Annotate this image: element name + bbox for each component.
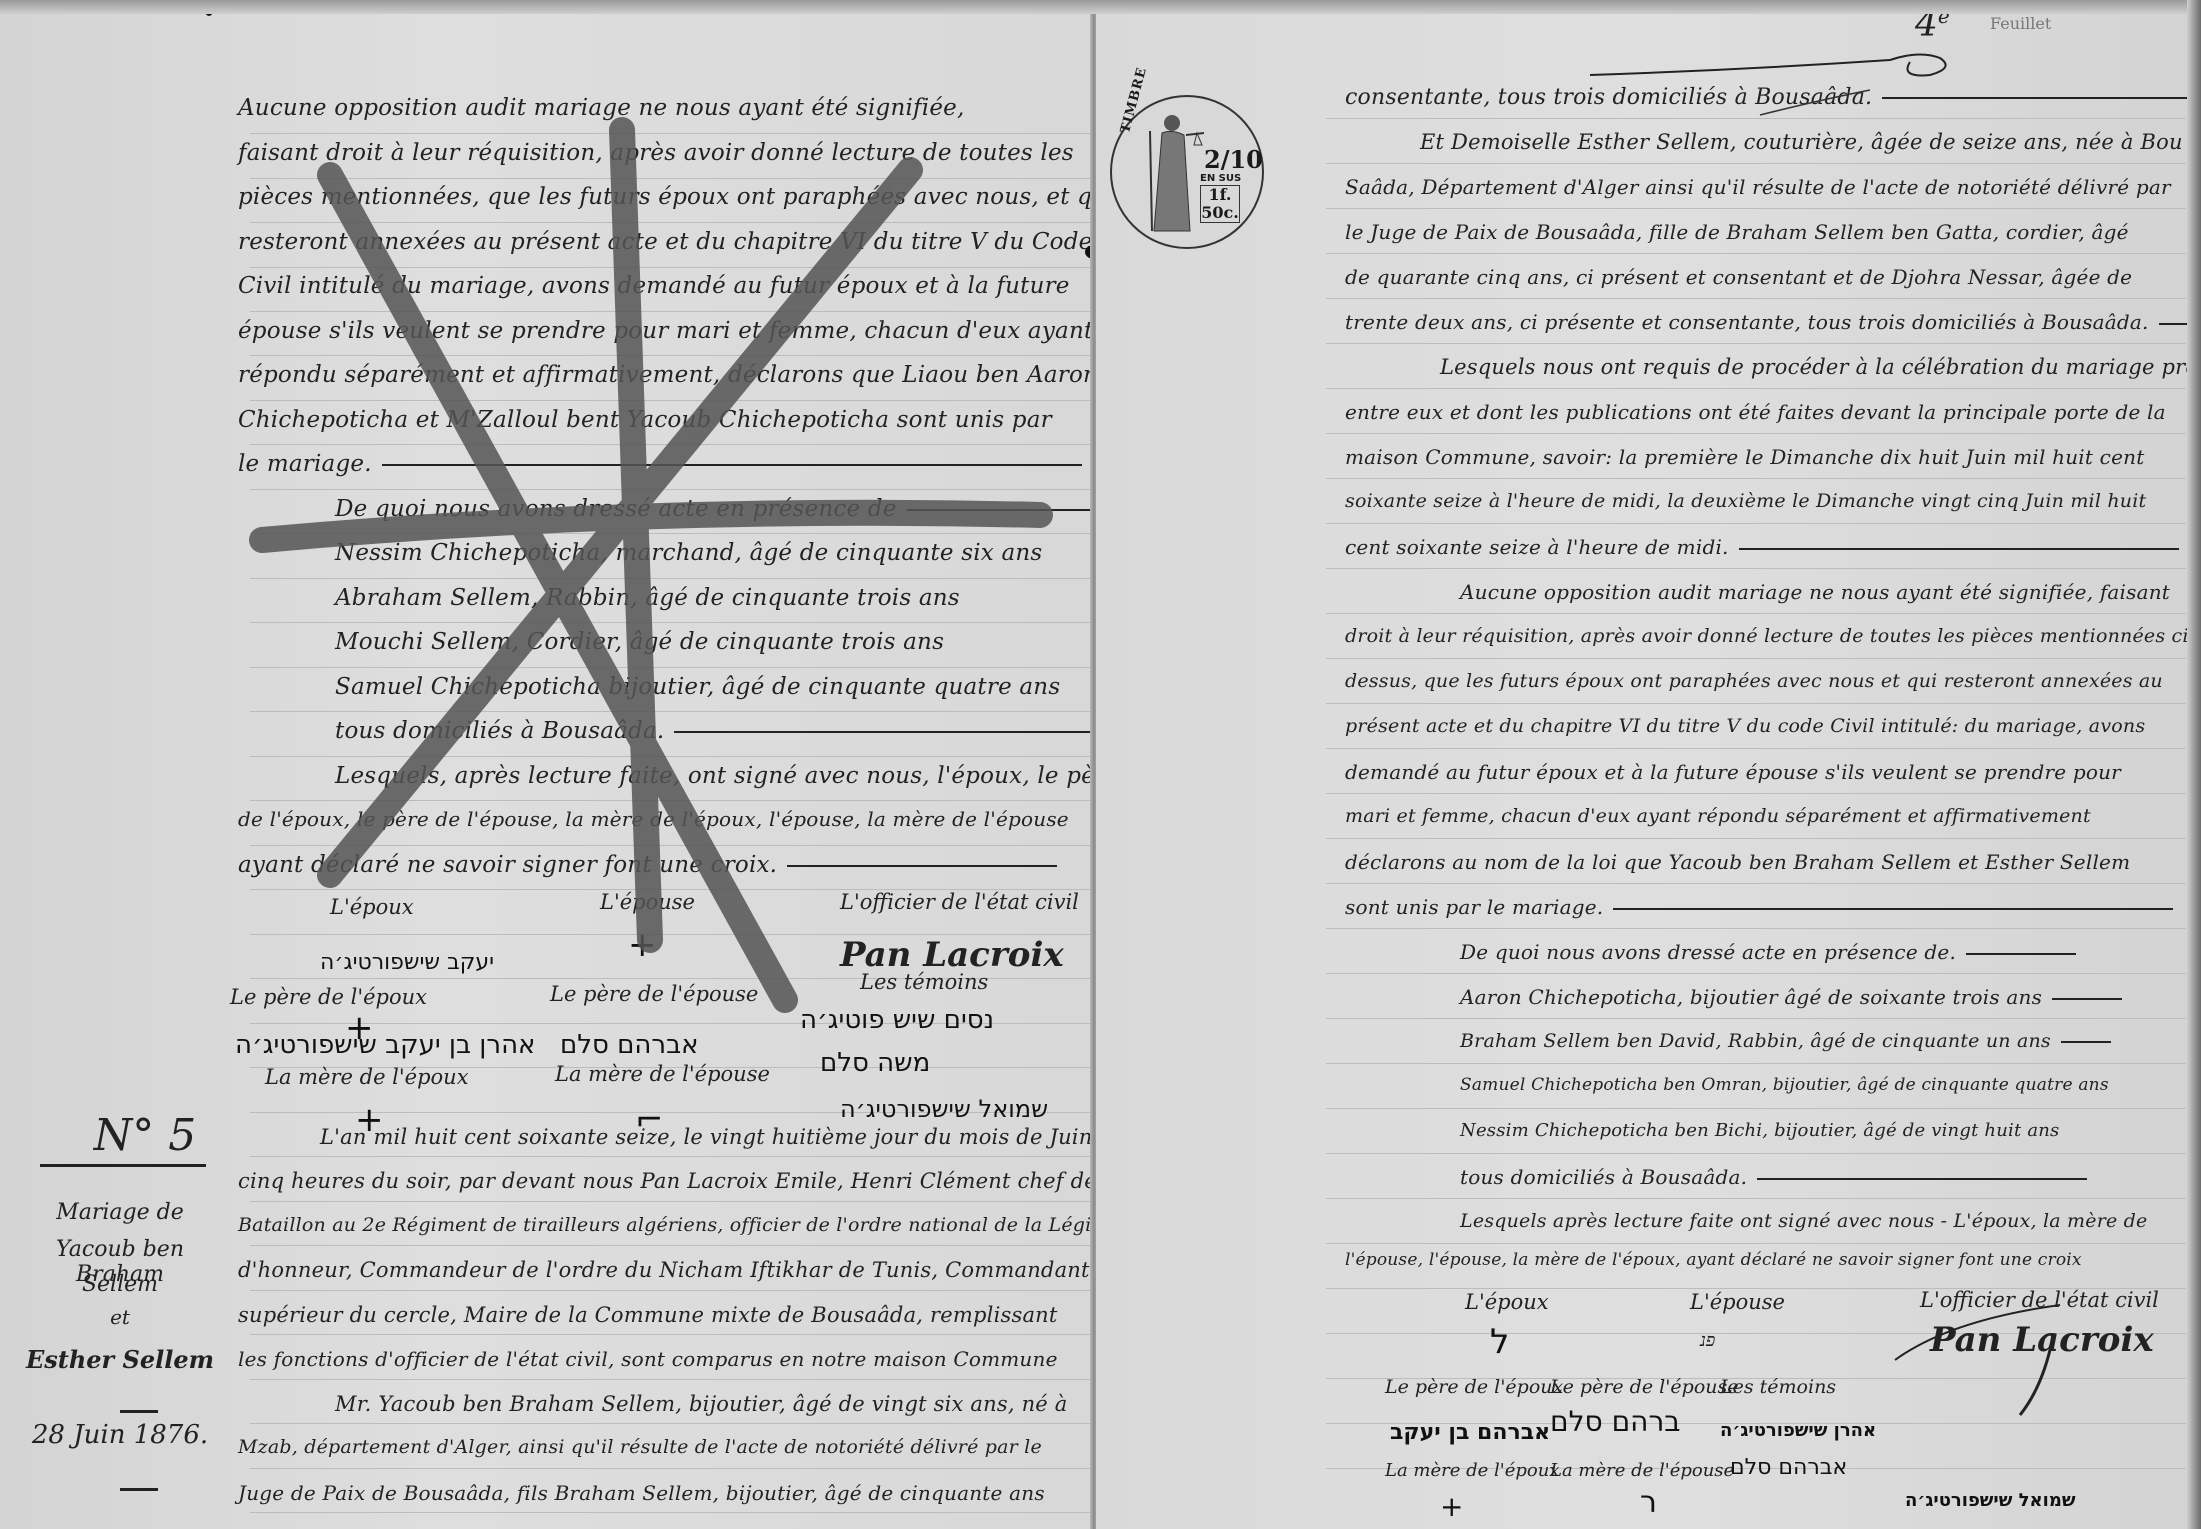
hebrew-witness-signature: אהרן שישפורטיג׳ה bbox=[1720, 1420, 1876, 1441]
page-right-edge bbox=[2187, 0, 2201, 1529]
stamp-price: 1f. 50c. bbox=[1200, 185, 1240, 223]
text-line: de quarante cinq ans, ci présent et cons… bbox=[1345, 265, 2132, 289]
divider bbox=[40, 1164, 206, 1167]
witness-line: Mouchi Sellem, Cordier, âgé de cinquante… bbox=[335, 629, 944, 655]
text-line: les fonctions d'officier de l'état civil… bbox=[238, 1347, 1058, 1371]
witness-intro: De quoi nous avons dressé acte en présen… bbox=[335, 496, 1127, 522]
fill-line bbox=[2061, 1041, 2111, 1043]
text-fragment: De quoi nous avons dressé acte en présen… bbox=[335, 496, 897, 522]
divider bbox=[120, 1488, 158, 1491]
text-line: l'épouse, l'épouse, la mère de l'époux, … bbox=[1345, 1250, 2082, 1270]
label-groom: L'époux bbox=[330, 895, 414, 919]
officer-signature: Pan Lacroix bbox=[840, 935, 1064, 975]
label-groom-father: Le père de l'époux bbox=[230, 985, 427, 1009]
text-fragment: ayant déclaré ne savoir signer font une … bbox=[238, 852, 777, 878]
hebrew-witness-signature: משה סלם bbox=[820, 1048, 930, 1078]
stamp-subvalue: EN SUS bbox=[1200, 173, 1241, 184]
label-witnesses: Les témoins bbox=[1720, 1376, 1836, 1398]
label-bride: L'épouse bbox=[1690, 1290, 1785, 1314]
text-fragment: tous domiciliés à Bousaâda. bbox=[1460, 1165, 1747, 1189]
left-page: Aucune opposition audit mariage ne nous … bbox=[0, 0, 1092, 1529]
text-line: soixante seize à l'heure de midi, la deu… bbox=[1345, 490, 2146, 512]
text-line: Aucune opposition audit mariage ne nous … bbox=[1460, 580, 2170, 604]
text-line: Lesquels nous ont requis de procéder à l… bbox=[1440, 355, 2201, 379]
hebrew-signature: אברהם סלם bbox=[560, 1030, 699, 1060]
text-fragment: De quoi nous avons dressé acte en présen… bbox=[1460, 940, 1956, 964]
witness-line: tous domiciliés à Bousaâda. bbox=[1460, 1165, 2087, 1189]
stamp-price-line: 1f. bbox=[1201, 186, 1239, 204]
label-groom-mother: La mère de l'époux bbox=[1385, 1460, 1559, 1481]
text-line: Lesquels, après lecture faite, ont signé… bbox=[335, 763, 1120, 789]
fill-line bbox=[1966, 953, 2076, 955]
cross-mark: ר bbox=[1640, 1485, 1657, 1520]
text-line: entre eux et dont les publications ont é… bbox=[1345, 400, 2166, 424]
label-groom: L'époux bbox=[1465, 1290, 1549, 1314]
witness-line: Nessim Chichepoticha, marchand, âgé de c… bbox=[335, 540, 1042, 566]
label-bride: L'épouse bbox=[600, 890, 695, 914]
text-line: maison Commune, savoir: la première le D… bbox=[1345, 445, 2144, 469]
text-line: Saâda, Département d'Alger ainsi qu'il r… bbox=[1345, 175, 2171, 199]
text-line: mari et femme, chacun d'eux ayant répond… bbox=[1345, 805, 2091, 827]
text-line: cent soixante seize à l'heure de midi. bbox=[1345, 535, 2179, 559]
witness-line: Aaron Chichepoticha, bijoutier âgé de so… bbox=[1460, 985, 2122, 1009]
text-line: le Juge de Paix de Bousaâda, fille de Br… bbox=[1345, 220, 2129, 244]
witness-line: Nessim Chichepoticha ben Bichi, bijoutie… bbox=[1460, 1120, 2059, 1141]
label-groom-father: Le père de l'époux bbox=[1385, 1376, 1563, 1398]
text-fragment: le mariage. bbox=[238, 451, 372, 477]
text-line: demandé au futur époux et à la future ép… bbox=[1345, 760, 2121, 784]
text-line: faisant droit à leur réquisition, après … bbox=[238, 140, 1074, 166]
margin-title: Sellem bbox=[10, 1272, 230, 1297]
text-fragment: sont unis par le mariage. bbox=[1345, 895, 1603, 919]
margin-title: Esther Sellem bbox=[10, 1345, 230, 1374]
label-bride-mother: La mère de l'épouse bbox=[1550, 1460, 1734, 1481]
witness-intro: De quoi nous avons dressé acte en présen… bbox=[1460, 940, 2076, 964]
margin-title: et bbox=[10, 1305, 230, 1329]
text-line: Mzab, département d'Alger, ainsi qu'il r… bbox=[238, 1436, 1042, 1458]
witness-line: Abraham Sellem, Rabbin, âgé de cinquante… bbox=[335, 585, 960, 611]
tax-stamp: TIMBRE 2/10 EN SUS 1f. 50c. bbox=[1110, 95, 1264, 249]
text-line: déclarons au nom de la loi que Yacoub be… bbox=[1345, 850, 2130, 874]
folio-label: Feuillet bbox=[1990, 14, 2051, 33]
cross-mark: + bbox=[1440, 1490, 1463, 1523]
divider bbox=[120, 1410, 158, 1413]
fill-line bbox=[674, 731, 1104, 733]
hebrew-signature: אברהם בן יעקב bbox=[1390, 1420, 1550, 1445]
paraph-flourish bbox=[1440, 40, 2060, 130]
witness-line: Braham Sellem ben David, Rabbin, âgé de … bbox=[1460, 1030, 2111, 1052]
text-line: Mr. Yacoub ben Braham Sellem, bijoutier,… bbox=[335, 1392, 1068, 1416]
text-line: resteront annexées au présent acte et du… bbox=[238, 229, 1092, 255]
fill-line bbox=[2052, 998, 2122, 1000]
fill-line bbox=[1739, 548, 2179, 550]
label-witnesses: Les témoins bbox=[860, 970, 988, 994]
text-line: pièces mentionnées, que les futurs époux… bbox=[238, 184, 1115, 210]
witness-line: Samuel Chichepoticha bijoutier, âgé de c… bbox=[335, 674, 1060, 700]
bride-mark: פנ bbox=[1700, 1330, 1715, 1351]
text-fragment: cent soixante seize à l'heure de midi. bbox=[1345, 535, 1729, 559]
fill-line bbox=[1757, 1178, 2087, 1180]
label-officer: L'officier de l'état civil bbox=[840, 890, 1079, 914]
margin-date: 28 Juin 1876. bbox=[10, 1420, 230, 1450]
label-bride-father: Le père de l'épouse bbox=[1550, 1376, 1739, 1398]
text-line: Et Demoiselle Esther Sellem, couturière,… bbox=[1420, 130, 2183, 154]
text-fragment: tous domiciliés à Bousaâda. bbox=[335, 718, 664, 744]
groom-mark: ל bbox=[1490, 1322, 1509, 1362]
margin-title: Mariage de bbox=[10, 1200, 230, 1225]
stamp-value: 2/10 bbox=[1204, 145, 1263, 174]
stamp-price-line: 50c. bbox=[1201, 204, 1239, 222]
text-line: supérieur du cercle, Maire de la Commune… bbox=[238, 1303, 1058, 1327]
fill-line bbox=[2159, 323, 2189, 325]
hebrew-signature: ברהם סלם bbox=[1550, 1405, 1680, 1438]
witness-line: tous domiciliés à Bousaâda. bbox=[335, 718, 1104, 744]
label-groom-mother: La mère de l'époux bbox=[265, 1065, 469, 1089]
text-line: trente deux ans, ci présente et consenta… bbox=[1345, 310, 2189, 334]
text-line: épouse s'ils veulent se prendre pour mar… bbox=[238, 318, 1093, 344]
hebrew-signature: יעקב שישפורטיג׳ה bbox=[320, 950, 494, 975]
text-line: de l'époux, le père de l'épouse, la mère… bbox=[238, 807, 1069, 831]
label-bride-mother: La mère de l'épouse bbox=[555, 1062, 770, 1086]
text-line: ayant déclaré ne savoir signer font une … bbox=[238, 852, 1057, 878]
text-line: sont unis par le mariage. bbox=[1345, 895, 2173, 919]
text-line: Bataillon au 2e Régiment de tirailleurs … bbox=[238, 1214, 1116, 1236]
text-line: Lesquels après lecture faite ont signé a… bbox=[1460, 1210, 2148, 1232]
text-fragment: Braham Sellem ben David, Rabbin, âgé de … bbox=[1460, 1030, 2051, 1052]
text-line: répondu séparément et affirmativement, d… bbox=[238, 362, 1098, 388]
text-line: Aucune opposition audit mariage ne nous … bbox=[238, 95, 964, 121]
fill-line bbox=[382, 464, 1082, 466]
text-line: Civil intitulé du mariage, avons demandé… bbox=[238, 273, 1070, 299]
register-spread: Aucune opposition audit mariage ne nous … bbox=[0, 0, 2201, 1529]
hebrew-signature: אהרן בן יעקב שישפורטיג׳ה bbox=[235, 1030, 535, 1060]
signature-flourish bbox=[1890, 1300, 2110, 1420]
text-line: Chichepoticha et M'Zalloul bent Yacoub C… bbox=[238, 407, 1052, 433]
hebrew-witness-signature: שמואל שישפורטיג׳ה bbox=[840, 1095, 1048, 1123]
text-line: d'honneur, Commandeur de l'ordre du Nich… bbox=[238, 1258, 1090, 1282]
witness-line: Samuel Chichepoticha ben Omran, bijoutie… bbox=[1460, 1075, 2109, 1095]
label-bride-father: Le père de l'épouse bbox=[550, 982, 758, 1006]
hebrew-witness-signature: אברהם סלם bbox=[1730, 1455, 1847, 1480]
text-line: L'an mil huit cent soixante seize, le vi… bbox=[320, 1125, 1112, 1149]
fill-line bbox=[787, 865, 1057, 867]
text-line: droit à leur réquisition, après avoir do… bbox=[1345, 625, 2189, 647]
text-line: le mariage. bbox=[238, 451, 1082, 477]
text-line: dessus, que les futurs époux ont paraphé… bbox=[1345, 670, 2163, 692]
act-number: N° 5 bbox=[70, 1110, 220, 1161]
cross-mark: + bbox=[345, 1008, 374, 1048]
fill-line bbox=[1613, 908, 2173, 910]
text-line: Juge de Paix de Bousaâda, fils Braham Se… bbox=[238, 1481, 1045, 1505]
page-top-edge bbox=[0, 0, 2201, 14]
cross-mark: + bbox=[628, 925, 657, 965]
text-fragment: Aaron Chichepoticha, bijoutier âgé de so… bbox=[1460, 985, 2042, 1009]
hebrew-witness-signature: נסים שיש פוטיג׳ה bbox=[800, 1005, 994, 1035]
text-fragment: trente deux ans, ci présente et consenta… bbox=[1345, 310, 2149, 334]
text-line: présent acte et du chapitre VI du titre … bbox=[1345, 715, 2145, 737]
text-line: cinq heures du soir, par devant nous Pan… bbox=[238, 1169, 1097, 1193]
